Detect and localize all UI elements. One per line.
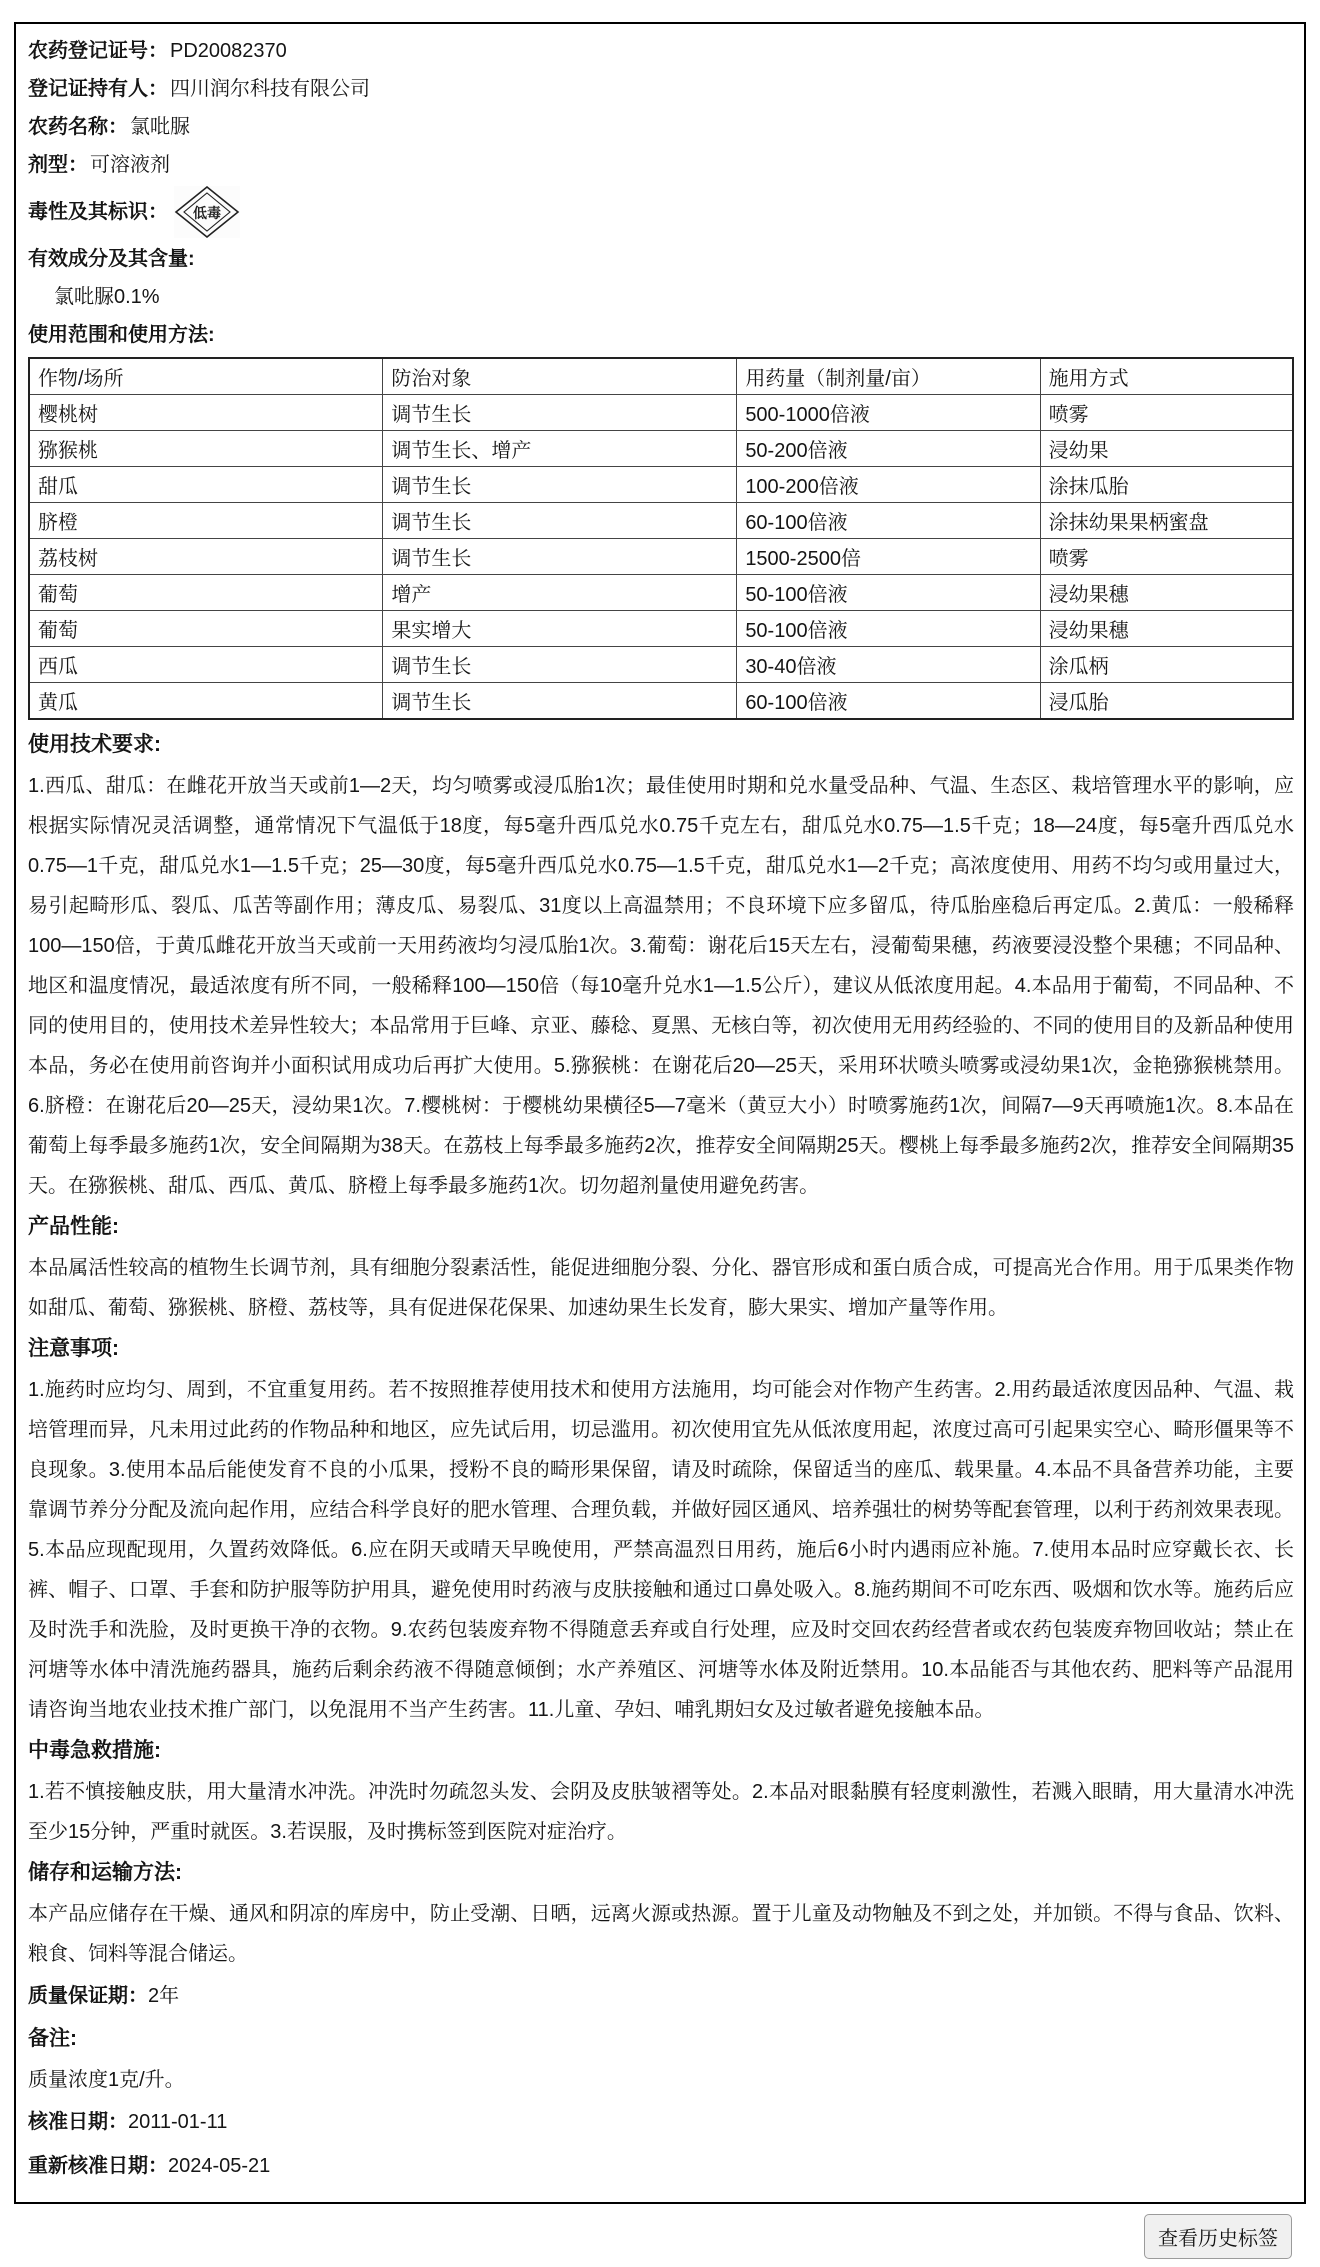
cell-crop: 樱桃树 <box>29 395 383 431</box>
cell-crop: 葡萄 <box>29 575 383 611</box>
section-body: 1.施药时应均匀、周到，不宜重复用药。若不按照推荐使用技术和使用方法施用，均可能… <box>28 1370 1294 1730</box>
cell-target: 调节生长 <box>383 539 737 575</box>
actions-bar: 查看历史标签 <box>0 2204 1320 2267</box>
column-header-dosage: 用药量（制剂量/亩） <box>737 358 1040 395</box>
cell-crop: 西瓜 <box>29 647 383 683</box>
cell-dosage: 50-200倍液 <box>737 431 1040 467</box>
cell-method: 涂抹瓜胎 <box>1040 467 1293 503</box>
warranty-period-value: 2年 <box>148 1985 179 2007</box>
cell-crop: 脐橙 <box>29 503 383 539</box>
cell-target: 果实增大 <box>383 611 737 647</box>
certificate-holder-value: 四川润尔科技有限公司 <box>170 78 370 100</box>
cell-method: 涂抹幼果果柄蜜盘 <box>1040 503 1293 539</box>
column-header-target: 防治对象 <box>383 358 737 395</box>
cell-dosage: 1500-2500倍 <box>737 539 1040 575</box>
cell-method: 浸幼果穗 <box>1040 611 1293 647</box>
view-history-button[interactable]: 查看历史标签 <box>1144 2214 1292 2259</box>
cell-target: 调节生长、增产 <box>383 431 737 467</box>
reapproval-date-value: 2024-05-21 <box>168 2155 270 2177</box>
table-row: 甜瓜 调节生长 100-200倍液 涂抹瓜胎 <box>29 467 1293 503</box>
table-row: 荔枝树 调节生长 1500-2500倍 喷雾 <box>29 539 1293 575</box>
section-body: 1.若不慎接触皮肤，用大量清水冲洗。冲洗时勿疏忽头发、会阴及皮肤皱褶等处。2.本… <box>28 1772 1294 1852</box>
pesticide-label-document: 农药登记证号：PD20082370 登记证持有人：四川润尔科技有限公司 农药名称… <box>14 22 1306 2204</box>
section-first-aid: 中毒急救措施: 1.若不慎接触皮肤，用大量清水冲洗。冲洗时勿疏忽头发、会阴及皮肤… <box>28 1730 1294 1852</box>
field-formulation: 剂型：可溶液剂 <box>28 146 1294 184</box>
cell-method: 喷雾 <box>1040 539 1293 575</box>
field-registration-number: 农药登记证号：PD20082370 <box>28 32 1294 70</box>
section-title: 注意事项: <box>28 1328 1294 1370</box>
table-row: 西瓜 调节生长 30-40倍液 涂瓜柄 <box>29 647 1293 683</box>
cell-crop: 甜瓜 <box>29 467 383 503</box>
section-body: 本品属活性较高的植物生长调节剂，具有细胞分裂素活性，能促进细胞分裂、分化、器官形… <box>28 1248 1294 1328</box>
active-ingredient-value: 氯吡脲0.1% <box>28 278 1294 316</box>
column-header-method: 施用方式 <box>1040 358 1293 395</box>
field-certificate-holder: 登记证持有人：四川润尔科技有限公司 <box>28 70 1294 108</box>
section-title: 产品性能: <box>28 1206 1294 1248</box>
cell-target: 调节生长 <box>383 647 737 683</box>
cell-dosage: 50-100倍液 <box>737 575 1040 611</box>
pesticide-name-label: 农药名称： <box>28 116 128 138</box>
field-reapproval-date: 重新核准日期：2024-05-21 <box>28 2144 1294 2188</box>
field-active-ingredient: 有效成分及其含量: <box>28 240 1294 278</box>
cell-target: 调节生长 <box>383 683 737 720</box>
cell-dosage: 30-40倍液 <box>737 647 1040 683</box>
approval-date-label: 核准日期： <box>28 2111 128 2133</box>
section-precautions: 注意事项: 1.施药时应均匀、周到，不宜重复用药。若不按照推荐使用技术和使用方法… <box>28 1328 1294 1730</box>
cell-dosage: 50-100倍液 <box>737 611 1040 647</box>
cell-target: 调节生长 <box>383 467 737 503</box>
registration-number-value: PD20082370 <box>170 40 287 62</box>
toxicity-label: 毒性及其标识： <box>28 193 168 231</box>
cell-crop: 黄瓜 <box>29 683 383 720</box>
cell-crop: 猕猴桃 <box>29 431 383 467</box>
table-row: 樱桃树 调节生长 500-1000倍液 喷雾 <box>29 395 1293 431</box>
usage-table-header-row: 作物/场所 防治对象 用药量（制剂量/亩） 施用方式 <box>29 358 1293 395</box>
cell-target: 调节生长 <box>383 395 737 431</box>
field-approval-date: 核准日期：2011-01-11 <box>28 2100 1294 2144</box>
column-header-crop: 作物/场所 <box>29 358 383 395</box>
table-row: 葡萄 增产 50-100倍液 浸幼果穗 <box>29 575 1293 611</box>
low-toxicity-icon: 低毒 <box>174 186 240 238</box>
cell-dosage: 100-200倍液 <box>737 467 1040 503</box>
section-product-performance: 产品性能: 本品属活性较高的植物生长调节剂，具有细胞分裂素活性，能促进细胞分裂、… <box>28 1206 1294 1328</box>
active-ingredient-label: 有效成分及其含量: <box>28 248 195 270</box>
section-body: 1.西瓜、甜瓜：在雌花开放当天或前1—2天，均匀喷雾或浸瓜胎1次；最佳使用时期和… <box>28 766 1294 1206</box>
usage-scope-label: 使用范围和使用方法: <box>28 324 215 346</box>
field-toxicity: 毒性及其标识： 低毒 <box>28 184 1294 240</box>
cell-dosage: 60-100倍液 <box>737 683 1040 720</box>
formulation-value: 可溶液剂 <box>90 154 170 176</box>
table-row: 黄瓜 调节生长 60-100倍液 浸瓜胎 <box>29 683 1293 720</box>
cell-method: 浸瓜胎 <box>1040 683 1293 720</box>
reapproval-date-label: 重新核准日期： <box>28 2155 168 2177</box>
section-title: 中毒急救措施: <box>28 1730 1294 1772</box>
cell-dosage: 60-100倍液 <box>737 503 1040 539</box>
remark-value: 质量浓度1克/升。 <box>28 2060 1294 2100</box>
pesticide-name-value: 氯吡脲 <box>130 116 190 138</box>
cell-crop: 荔枝树 <box>29 539 383 575</box>
section-title: 使用技术要求: <box>28 724 1294 766</box>
cell-method: 浸幼果 <box>1040 431 1293 467</box>
cell-method: 浸幼果穗 <box>1040 575 1293 611</box>
low-toxicity-icon-text: 低毒 <box>193 205 221 221</box>
section-title: 储存和运输方法: <box>28 1852 1294 1894</box>
table-row: 葡萄 果实增大 50-100倍液 浸幼果穗 <box>29 611 1293 647</box>
approval-date-value: 2011-01-11 <box>128 2111 227 2133</box>
cell-dosage: 500-1000倍液 <box>737 395 1040 431</box>
cell-method: 喷雾 <box>1040 395 1293 431</box>
table-row: 猕猴桃 调节生长、增产 50-200倍液 浸幼果 <box>29 431 1293 467</box>
cell-crop: 葡萄 <box>29 611 383 647</box>
field-warranty-period: 质量保证期：2年 <box>28 1974 1294 2018</box>
section-usage-requirements: 使用技术要求: 1.西瓜、甜瓜：在雌花开放当天或前1—2天，均匀喷雾或浸瓜胎1次… <box>28 724 1294 1206</box>
cell-target: 增产 <box>383 575 737 611</box>
usage-scope-heading: 使用范围和使用方法: <box>28 316 1294 354</box>
certificate-holder-label: 登记证持有人： <box>28 78 168 100</box>
cell-target: 调节生长 <box>383 503 737 539</box>
field-pesticide-name: 农药名称：氯吡脲 <box>28 108 1294 146</box>
section-storage-transport: 储存和运输方法: 本产品应储存在干燥、通风和阴凉的库房中，防止受潮、日晒，远离火… <box>28 1852 1294 1974</box>
registration-number-label: 农药登记证号： <box>28 40 168 62</box>
usage-table: 作物/场所 防治对象 用药量（制剂量/亩） 施用方式 樱桃树 调节生长 500-… <box>28 357 1294 720</box>
section-body: 本产品应储存在干燥、通风和阴凉的库房中，防止受潮、日晒，远离火源或热源。置于儿童… <box>28 1894 1294 1974</box>
warranty-period-label: 质量保证期： <box>28 1985 148 2007</box>
formulation-label: 剂型： <box>28 154 88 176</box>
remark-label: 备注: <box>28 2018 1294 2060</box>
table-row: 脐橙 调节生长 60-100倍液 涂抹幼果果柄蜜盘 <box>29 503 1293 539</box>
cell-method: 涂瓜柄 <box>1040 647 1293 683</box>
